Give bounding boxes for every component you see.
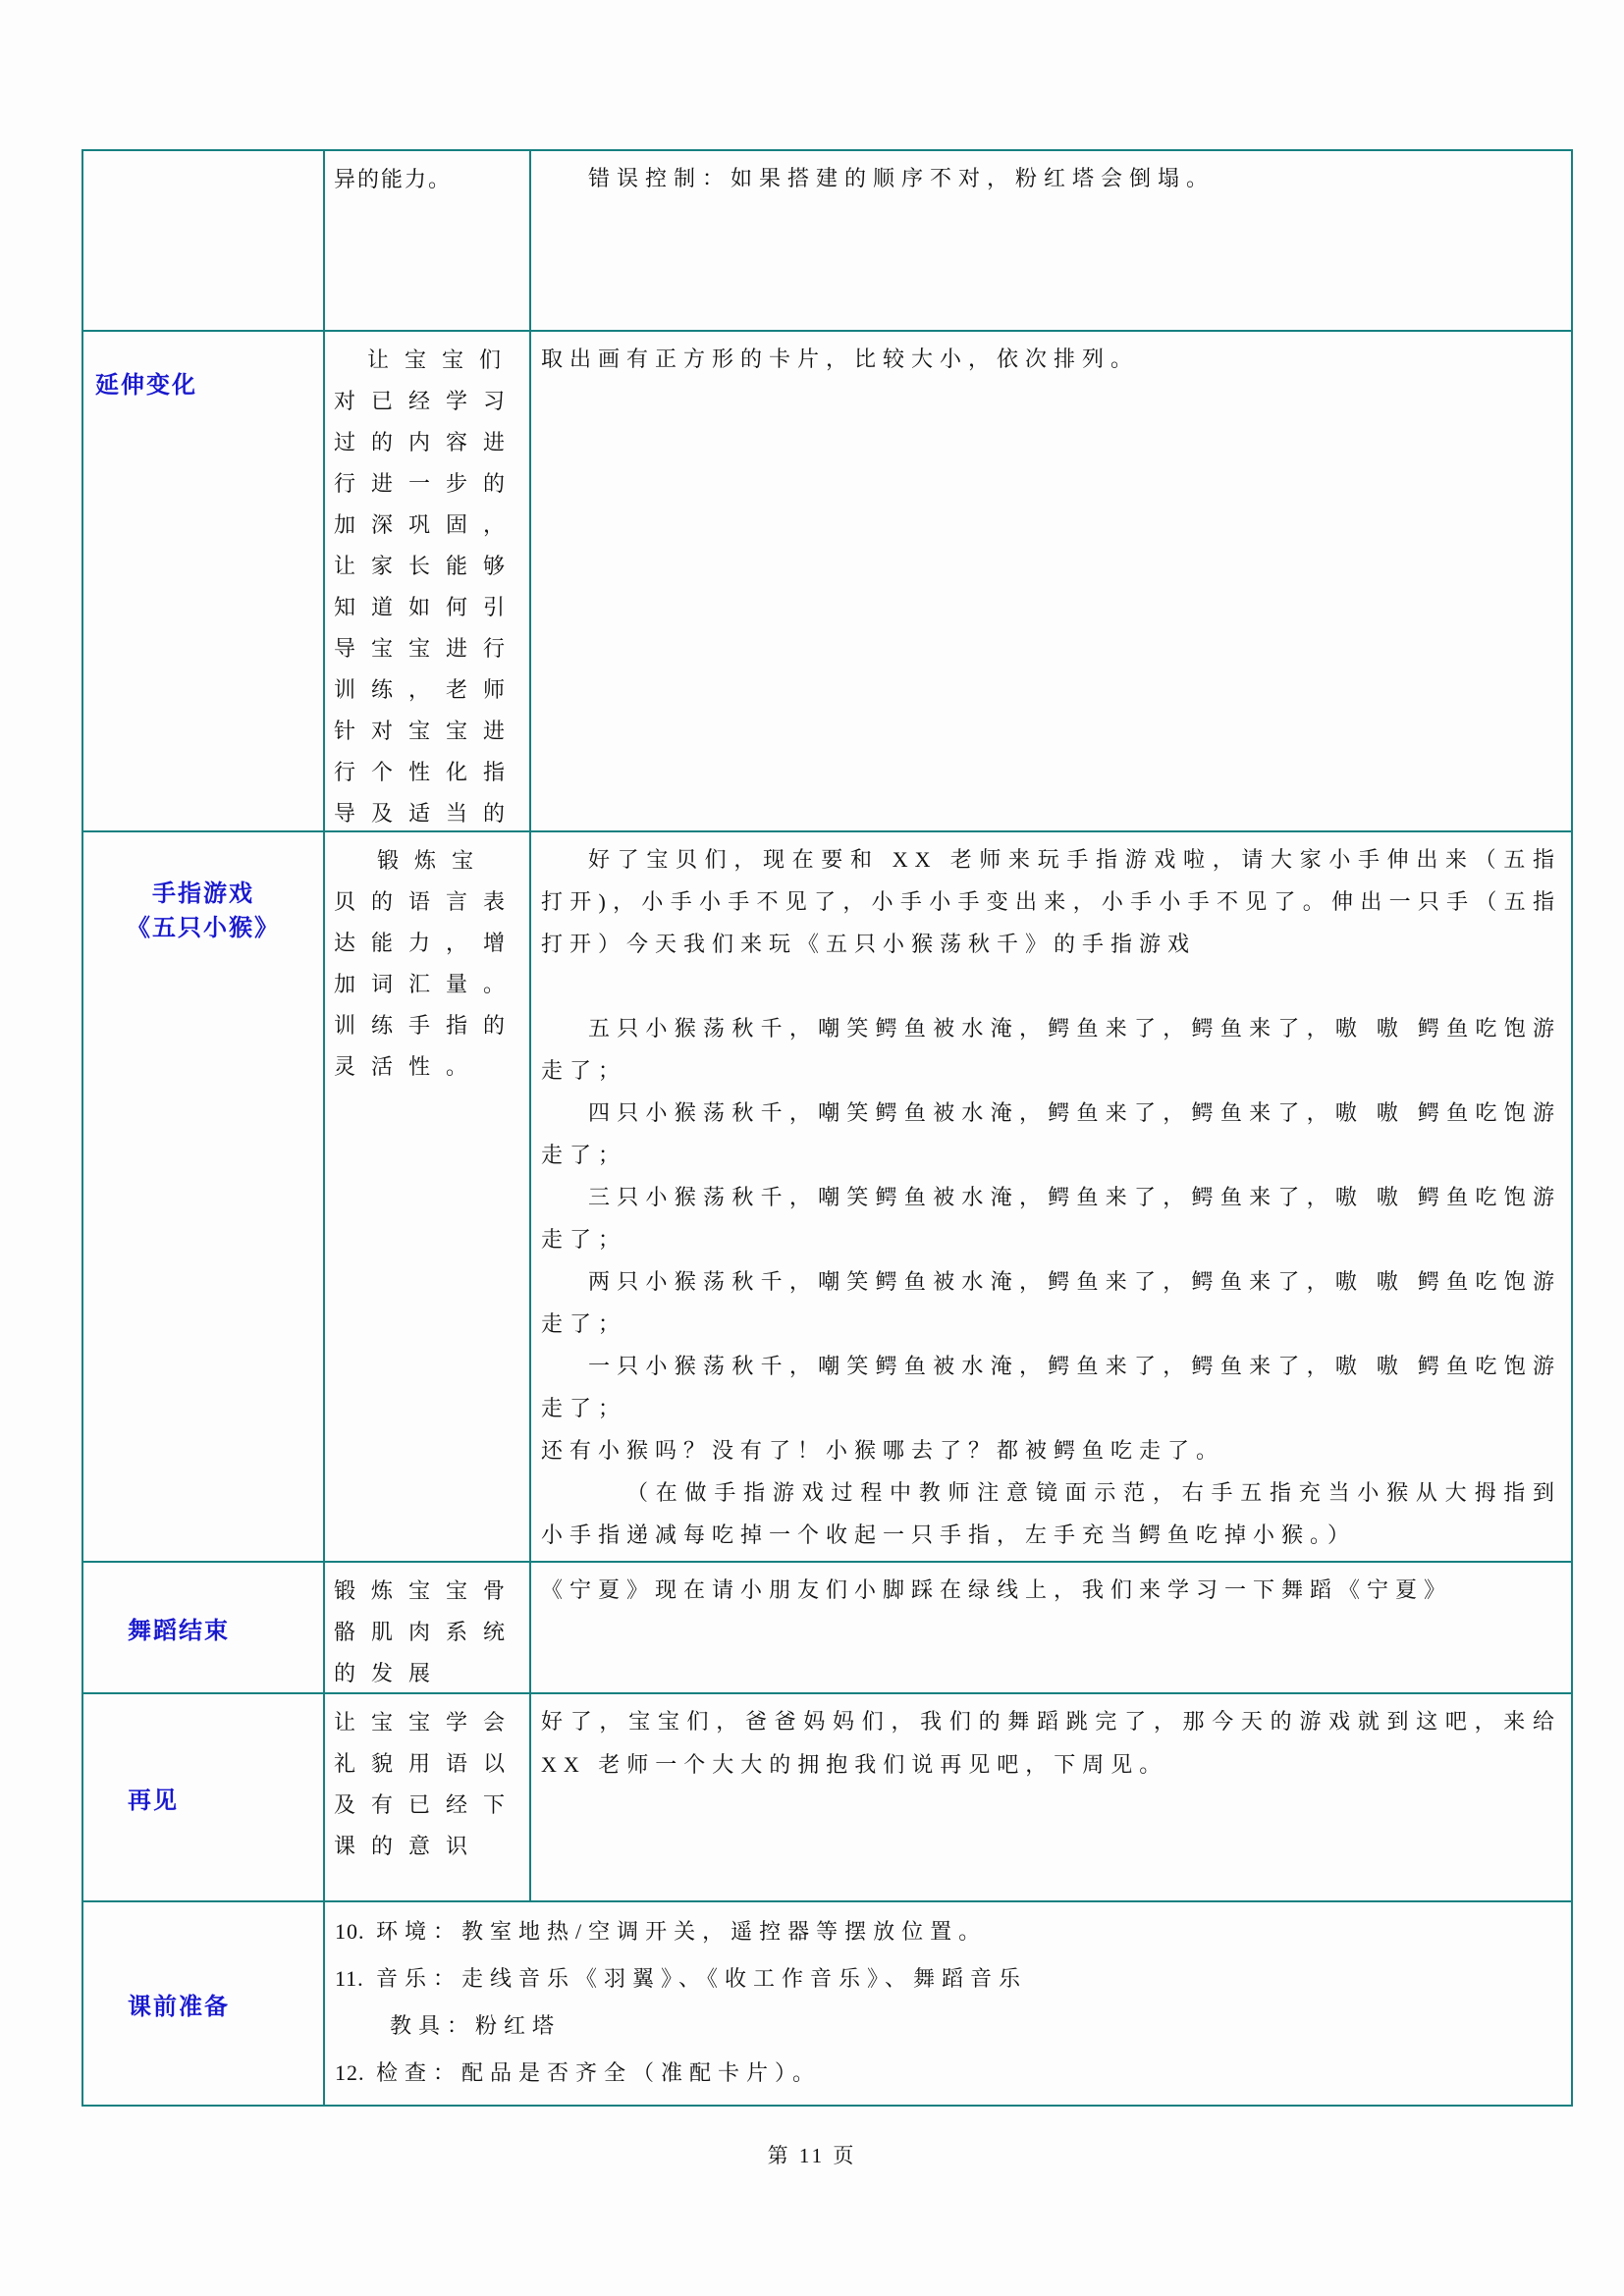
row-label: 舞蹈结束 [128, 1611, 230, 1645]
preparation-cell: 10.环境：教室地热/空调开关，遥控器等摆放位置。 11.音乐：走线音乐《羽翼》… [325, 1902, 1571, 2105]
content-paragraph: 《宁夏》现在请小朋友们小脚踩在绿线上，我们来学习一下舞蹈《宁夏》 [541, 1569, 1561, 1612]
prep-item-number: 12. [335, 2052, 376, 2095]
verse-two-monkeys: 两只小猴荡秋千，嘲笑鳄鱼被水淹，鳄鱼来了，鳄鱼来了，嗷 嗷 鳄鱼吃饱游走了； [541, 1260, 1561, 1345]
verse-three-monkeys: 三只小猴荡秋千，嘲笑鳄鱼被水淹，鳄鱼来了，鳄鱼来了，嗷 嗷 鳄鱼吃饱游走了； [541, 1176, 1561, 1260]
blank-line [541, 965, 1561, 1007]
lesson-plan-table: 异的能力。 错误控制：如果搭建的顺序不对，粉红塔会倒塌。 延伸变化 让宝宝们对已… [81, 149, 1573, 2107]
purpose-text: 锻炼宝贝的语言表达能力，增加词汇量。训练手指的灵活性。 [334, 840, 520, 1088]
content-cell: 《宁夏》现在请小朋友们小脚踩在绿线上，我们来学习一下舞蹈《宁夏》 [531, 1563, 1571, 1692]
row-label-cell: 舞蹈结束 [83, 1563, 325, 1692]
table-row: 再见 让宝宝学会礼貌用语以及有已经下课的意识 好了，宝宝们，爸爸妈妈们，我们的舞… [83, 1694, 1571, 1902]
verse-ending: 还有小猴吗？没有了！小猴哪去了？都被鳄鱼吃走了。 [541, 1429, 1561, 1471]
purpose-cell: 异的能力。 [325, 151, 531, 330]
row-label-cell [83, 151, 325, 330]
content-paragraph: 取出画有正方形的卡片，比较大小，依次排列。 [541, 338, 1561, 381]
verse-four-monkeys: 四只小猴荡秋千，嘲笑鳄鱼被水淹，鳄鱼来了，鳄鱼来了，嗷 嗷 鳄鱼吃饱游走了； [541, 1092, 1561, 1176]
purpose-text: 异的能力。 [334, 159, 520, 200]
prep-item-number: 10. [335, 1910, 376, 1953]
content-paragraph: 好了宝贝们，现在要和 XX 老师来玩手指游戏啦，请大家小手伸出来（五指打开)，小… [541, 838, 1561, 965]
row-label-cell: 课前准备 [83, 1902, 325, 2105]
row-label-cell: 延伸变化 [83, 332, 325, 830]
purpose-cell: 让宝宝学会礼貌用语以及有已经下课的意识 [325, 1694, 531, 1900]
prep-item-check: 12.检查：配品是否齐全（准配卡片）。 [335, 2052, 1561, 2095]
row-label: 延伸变化 [95, 365, 197, 400]
purpose-cell: 让宝宝们对已经学习过的内容进行进一步的加深巩固，让家长能够知道如何引导宝宝进行训… [325, 332, 531, 830]
prep-item-text: 教具：粉红塔 [390, 2013, 561, 2038]
purpose-cell: 锻炼宝贝的语言表达能力，增加词汇量。训练手指的灵活性。 [325, 832, 531, 1561]
row-label-cell: 手指游戏 《五只小猴》 [83, 832, 325, 1561]
prep-item-music: 11.音乐：走线音乐《羽翼》、《收工作音乐》、舞蹈音乐 [335, 1957, 1561, 2001]
prep-item-number: 11. [335, 1957, 376, 2001]
prep-item-text: 音乐：走线音乐《羽翼》、《收工作音乐》、舞蹈音乐 [376, 1966, 1027, 1991]
page-number-footer: 第 11 页 [0, 2140, 1624, 2169]
table-row: 舞蹈结束 锻炼宝宝骨骼肌肉系统的发展 《宁夏》现在请小朋友们小脚踩在绿线上，我们… [83, 1563, 1571, 1694]
content-cell: 好了，宝宝们，爸爸妈妈们，我们的舞蹈跳完了，那今天的游戏就到这吧，来给XX 老师… [531, 1694, 1571, 1900]
table-row: 异的能力。 错误控制：如果搭建的顺序不对，粉红塔会倒塌。 [83, 151, 1571, 332]
prep-item-environment: 10.环境：教室地热/空调开关，遥控器等摆放位置。 [335, 1910, 1561, 1953]
prep-item-text: 环境：教室地热/空调开关，遥控器等摆放位置。 [376, 1919, 987, 1944]
content-cell: 取出画有正方形的卡片，比较大小，依次排列。 [531, 332, 1571, 830]
teacher-note: （在做手指游戏过程中教师注意镜面示范，右手五指充当小猴从大拇指到小手指递减每吃掉… [541, 1471, 1561, 1556]
purpose-cell: 锻炼宝宝骨骼肌肉系统的发展 [325, 1563, 531, 1692]
verse-one-monkey: 一只小猴荡秋千，嘲笑鳄鱼被水淹，鳄鱼来了，鳄鱼来了，嗷 嗷 鳄鱼吃饱游走了； [541, 1345, 1561, 1429]
purpose-text: 让宝宝们对已经学习过的内容进行进一步的加深巩固，让家长能够知道如何引导宝宝进行训… [334, 340, 520, 830]
content-cell: 错误控制：如果搭建的顺序不对，粉红塔会倒塌。 [531, 151, 1571, 330]
table-row: 课前准备 10.环境：教室地热/空调开关，遥控器等摆放位置。 11.音乐：走线音… [83, 1902, 1571, 2105]
row-label: 再见 [128, 1781, 179, 1815]
verse-five-monkeys: 五只小猴荡秋千，嘲笑鳄鱼被水淹，鳄鱼来了，鳄鱼来了，嗷 嗷 鳄鱼吃饱游走了； [541, 1007, 1561, 1092]
table-row: 手指游戏 《五只小猴》 锻炼宝贝的语言表达能力，增加词汇量。训练手指的灵活性。 … [83, 832, 1571, 1563]
purpose-text: 让宝宝学会礼貌用语以及有已经下课的意识 [334, 1702, 520, 1867]
purpose-text: 锻炼宝宝骨骼肌肉系统的发展 [334, 1571, 520, 1692]
prep-item-materials: 教具：粉红塔 [390, 2004, 1561, 2048]
row-label-line2: 《五只小猴》 [127, 908, 280, 942]
content-paragraph: 错误控制：如果搭建的顺序不对，粉红塔会倒塌。 [541, 157, 1561, 200]
row-label-cell: 再见 [83, 1694, 325, 1900]
row-label: 手指游戏 [152, 874, 254, 908]
prep-item-text: 检查：配品是否齐全（准配卡片）。 [376, 2060, 821, 2085]
content-cell: 好了宝贝们，现在要和 XX 老师来玩手指游戏啦，请大家小手伸出来（五指打开)，小… [531, 832, 1571, 1561]
table-row: 延伸变化 让宝宝们对已经学习过的内容进行进一步的加深巩固，让家长能够知道如何引导… [83, 332, 1571, 832]
content-paragraph: 好了，宝宝们，爸爸妈妈们，我们的舞蹈跳完了，那今天的游戏就到这吧，来给XX 老师… [541, 1700, 1561, 1787]
lesson-plan-page: 异的能力。 错误控制：如果搭建的顺序不对，粉红塔会倒塌。 延伸变化 让宝宝们对已… [0, 0, 1624, 2296]
row-label: 课前准备 [128, 1987, 230, 2021]
